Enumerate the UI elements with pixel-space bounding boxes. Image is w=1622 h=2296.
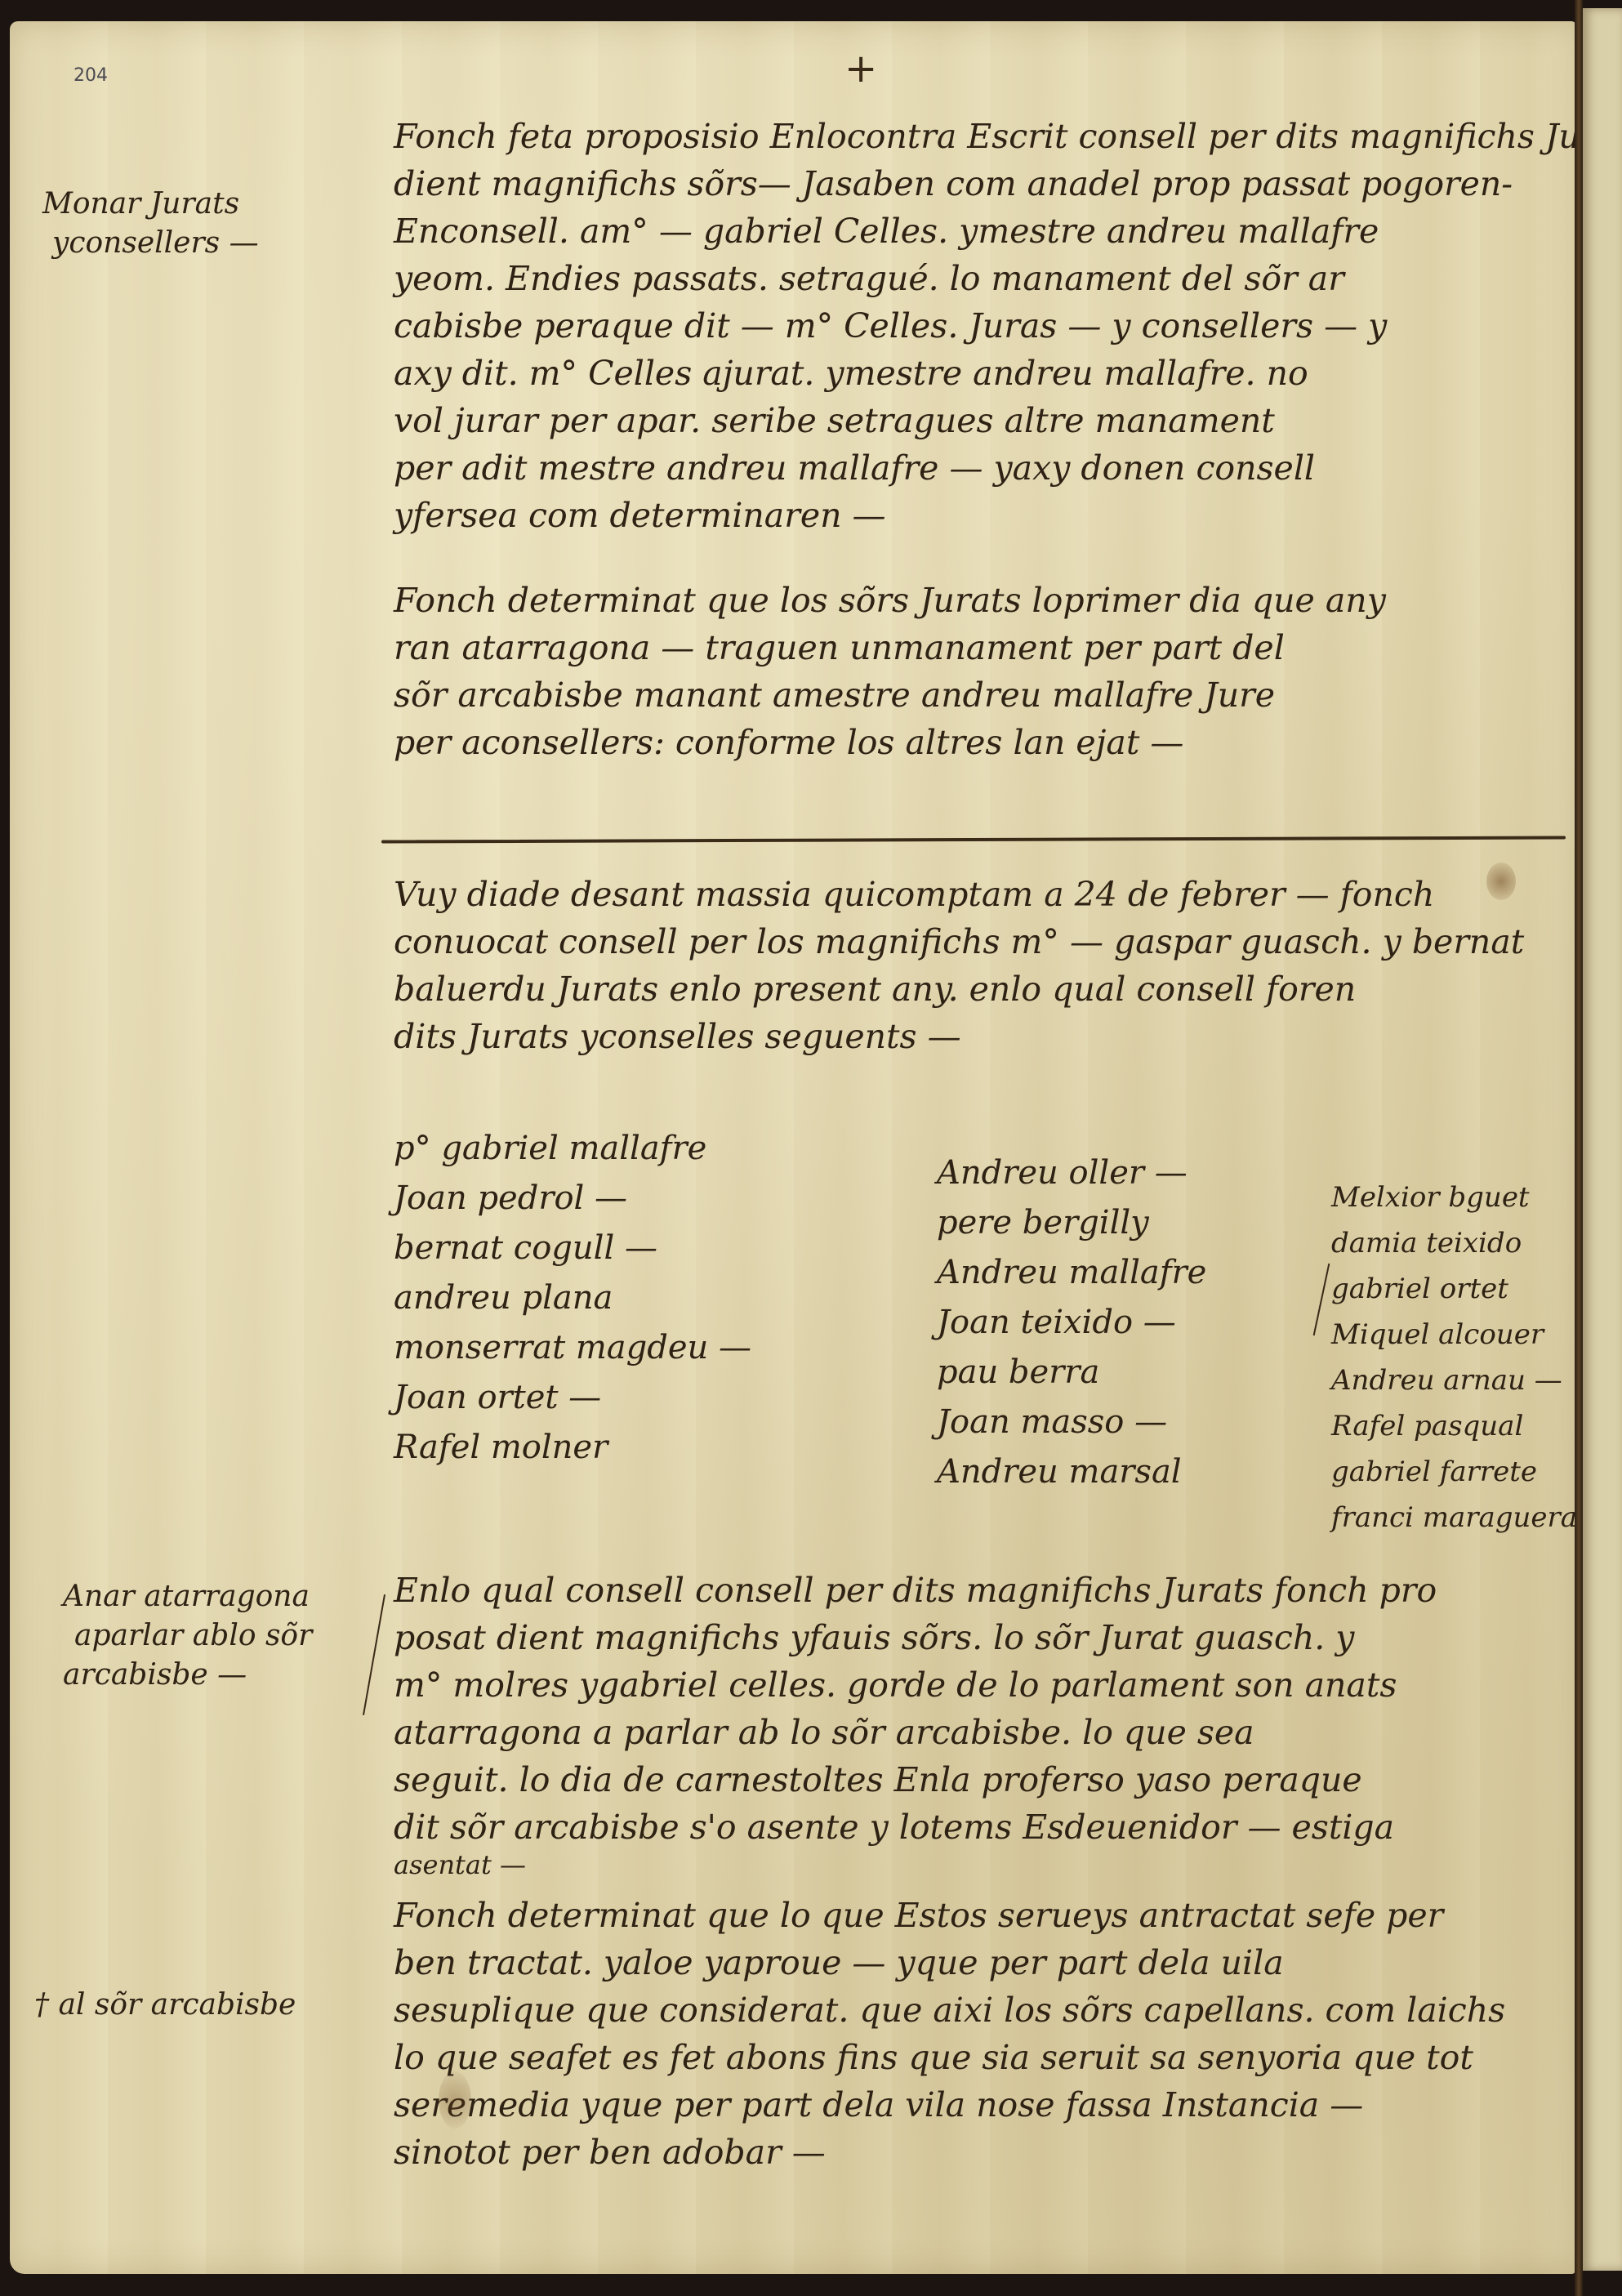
attendee-name: Joan masso — [937,1398,1206,1447]
attendee-name: Rafel molner [394,1423,751,1473]
book-gutter [1575,0,1583,2296]
ink-stain [1486,863,1516,900]
text-line: dient magnifichs sõrs— Jasaben com anade… [394,160,1570,207]
attendee-name: andreu plana [394,1273,751,1323]
attendee-name: pere bergilly [937,1198,1206,1248]
section-divider-line [381,836,1566,843]
text-line: Fonch feta proposisio Enlocontra Escrit … [394,113,1570,160]
attendee-name: damia teixido [1331,1220,1577,1266]
margin-note-1: Monar Jurats yconsellers — [42,185,259,263]
text-line: asentat — [394,1851,1570,1879]
attendees-column-2: Andreu oller — pere bergilly Andreu mall… [937,1148,1206,1497]
attendee-name: bernat cogull — [394,1224,751,1273]
attendees-column-3: Melxior bguet damia teixido gabriel orte… [1331,1175,1577,1540]
text-line: yeom. Endies passats. setragué. lo manam… [394,255,1570,302]
attendee-name: Andreu arnau — [1331,1358,1577,1403]
paragraph-determination-1: Fonch determinat que los sõrs Jurats lop… [394,577,1570,766]
attendees-column-1: p° gabriel mallafre Joan pedrol — bernat… [394,1124,751,1473]
attendee-name: Joan teixido — [937,1298,1206,1348]
ink-stain [439,2071,471,2129]
attendee-name: Andreu mallafre [937,1248,1206,1298]
text-line: posat dient magnifichs yfauis sõrs. lo s… [394,1614,1570,1661]
paragraph-tarragona-mission: Enlo qual consell consell per dits magni… [394,1567,1570,1879]
attendee-name: p° gabriel mallafre [394,1124,751,1174]
text-line: sesuplique que considerat. que aixi los … [394,1986,1570,2034]
text-line: Vuy diade desant massia quicomptam a 24 … [394,871,1570,918]
text-line: ran atarragona — traguen unmanament per … [394,624,1570,671]
margin-note-line: aparlar ablo sõr [63,1616,312,1656]
text-line: ben tractat. yaloe yaproue — yque per pa… [394,1939,1570,1986]
text-line: Enconsell. am° — gabriel Celles. ymestre… [394,207,1570,255]
text-line: baluerdu Jurats enlo present any. enlo q… [394,965,1570,1013]
text-line: axy dit. m° Celles ajurat. ymestre andre… [394,350,1570,397]
attendee-name: Melxior bguet [1331,1175,1577,1220]
text-line: seremedia yque per part dela vila nose f… [394,2081,1570,2129]
text-line: atarragona a parlar ab lo sõr arcabisbe.… [394,1709,1570,1756]
text-line: conuocat consell per los magnifichs m° —… [394,918,1570,965]
manuscript-page: 204 + Monar Jurats yconsellers — Fonch f… [10,21,1576,2274]
margin-note-line: arcabisbe — [63,1656,312,1695]
text-line: sinotot per ben adobar — [394,2129,1570,2176]
text-line: seguit. lo dia de carnestoltes Enla prof… [394,1756,1570,1803]
text-line: dits Jurats yconselles seguents — [394,1013,1570,1060]
text-line: per adit mestre andreu mallafre — yaxy d… [394,444,1570,492]
attendee-name: gabriel farrete [1331,1449,1577,1495]
attendee-name: Miquel alcouer [1331,1312,1577,1358]
attendee-name: Joan pedrol — [394,1174,751,1224]
margin-note-line: Anar atarragona [63,1577,312,1616]
text-line: per aconsellers: conforme los altres lan… [394,719,1570,766]
text-line: cabisbe peraque dit — m° Celles. Juras —… [394,302,1570,350]
text-line: Enlo qual consell consell per dits magni… [394,1567,1570,1614]
facing-page-edge [1583,8,1622,2271]
attendee-name: franci maraguera [1331,1495,1577,1540]
column-divider-line [1313,1264,1330,1335]
attendee-name: Andreu oller — [937,1148,1206,1198]
attendee-name: Rafel pasqual [1331,1403,1577,1449]
paragraph-proposal: Fonch feta proposisio Enlocontra Escrit … [394,113,1570,539]
text-line: Fonch determinat que los sõrs Jurats lop… [394,577,1570,624]
cross-mark-icon: + [844,46,877,91]
text-line: vol jurar per apar. seribe setragues alt… [394,397,1570,444]
paragraph-determination-2: Fonch determinat que lo que Estos seruey… [394,1892,1570,2176]
text-line: lo que seafet es fet abons fins que sia … [394,2034,1570,2081]
attendee-name: pau berra [937,1348,1206,1398]
attendee-name: monserrat magdeu — [394,1323,751,1373]
attendee-name: gabriel ortet [1331,1266,1577,1312]
paragraph-council-convocation: Vuy diade desant massia quicomptam a 24 … [394,871,1570,1060]
attendee-name: Joan ortet — [394,1373,751,1423]
text-line: sõr arcabisbe manant amestre andreu mall… [394,671,1570,719]
text-line: yfersea com determinaren — [394,492,1570,539]
text-line: Fonch determinat que lo que Estos seruey… [394,1892,1570,1939]
attendee-name: Andreu marsal [937,1447,1206,1497]
margin-note-2: Anar atarragona aparlar ablo sõr arcabis… [63,1577,312,1695]
folio-number: 204 [74,65,108,86]
margin-note-3: † al sõr arcabisbe [34,1986,296,2025]
margin-note-line: yconsellers — [42,224,259,263]
text-line: m° molres ygabriel celles. gorde de lo p… [394,1661,1570,1709]
margin-note-line: Monar Jurats [42,185,259,224]
margin-bracket-line [363,1594,385,1715]
text-line: dit sõr arcabisbe s'o asente y lotems Es… [394,1803,1570,1851]
